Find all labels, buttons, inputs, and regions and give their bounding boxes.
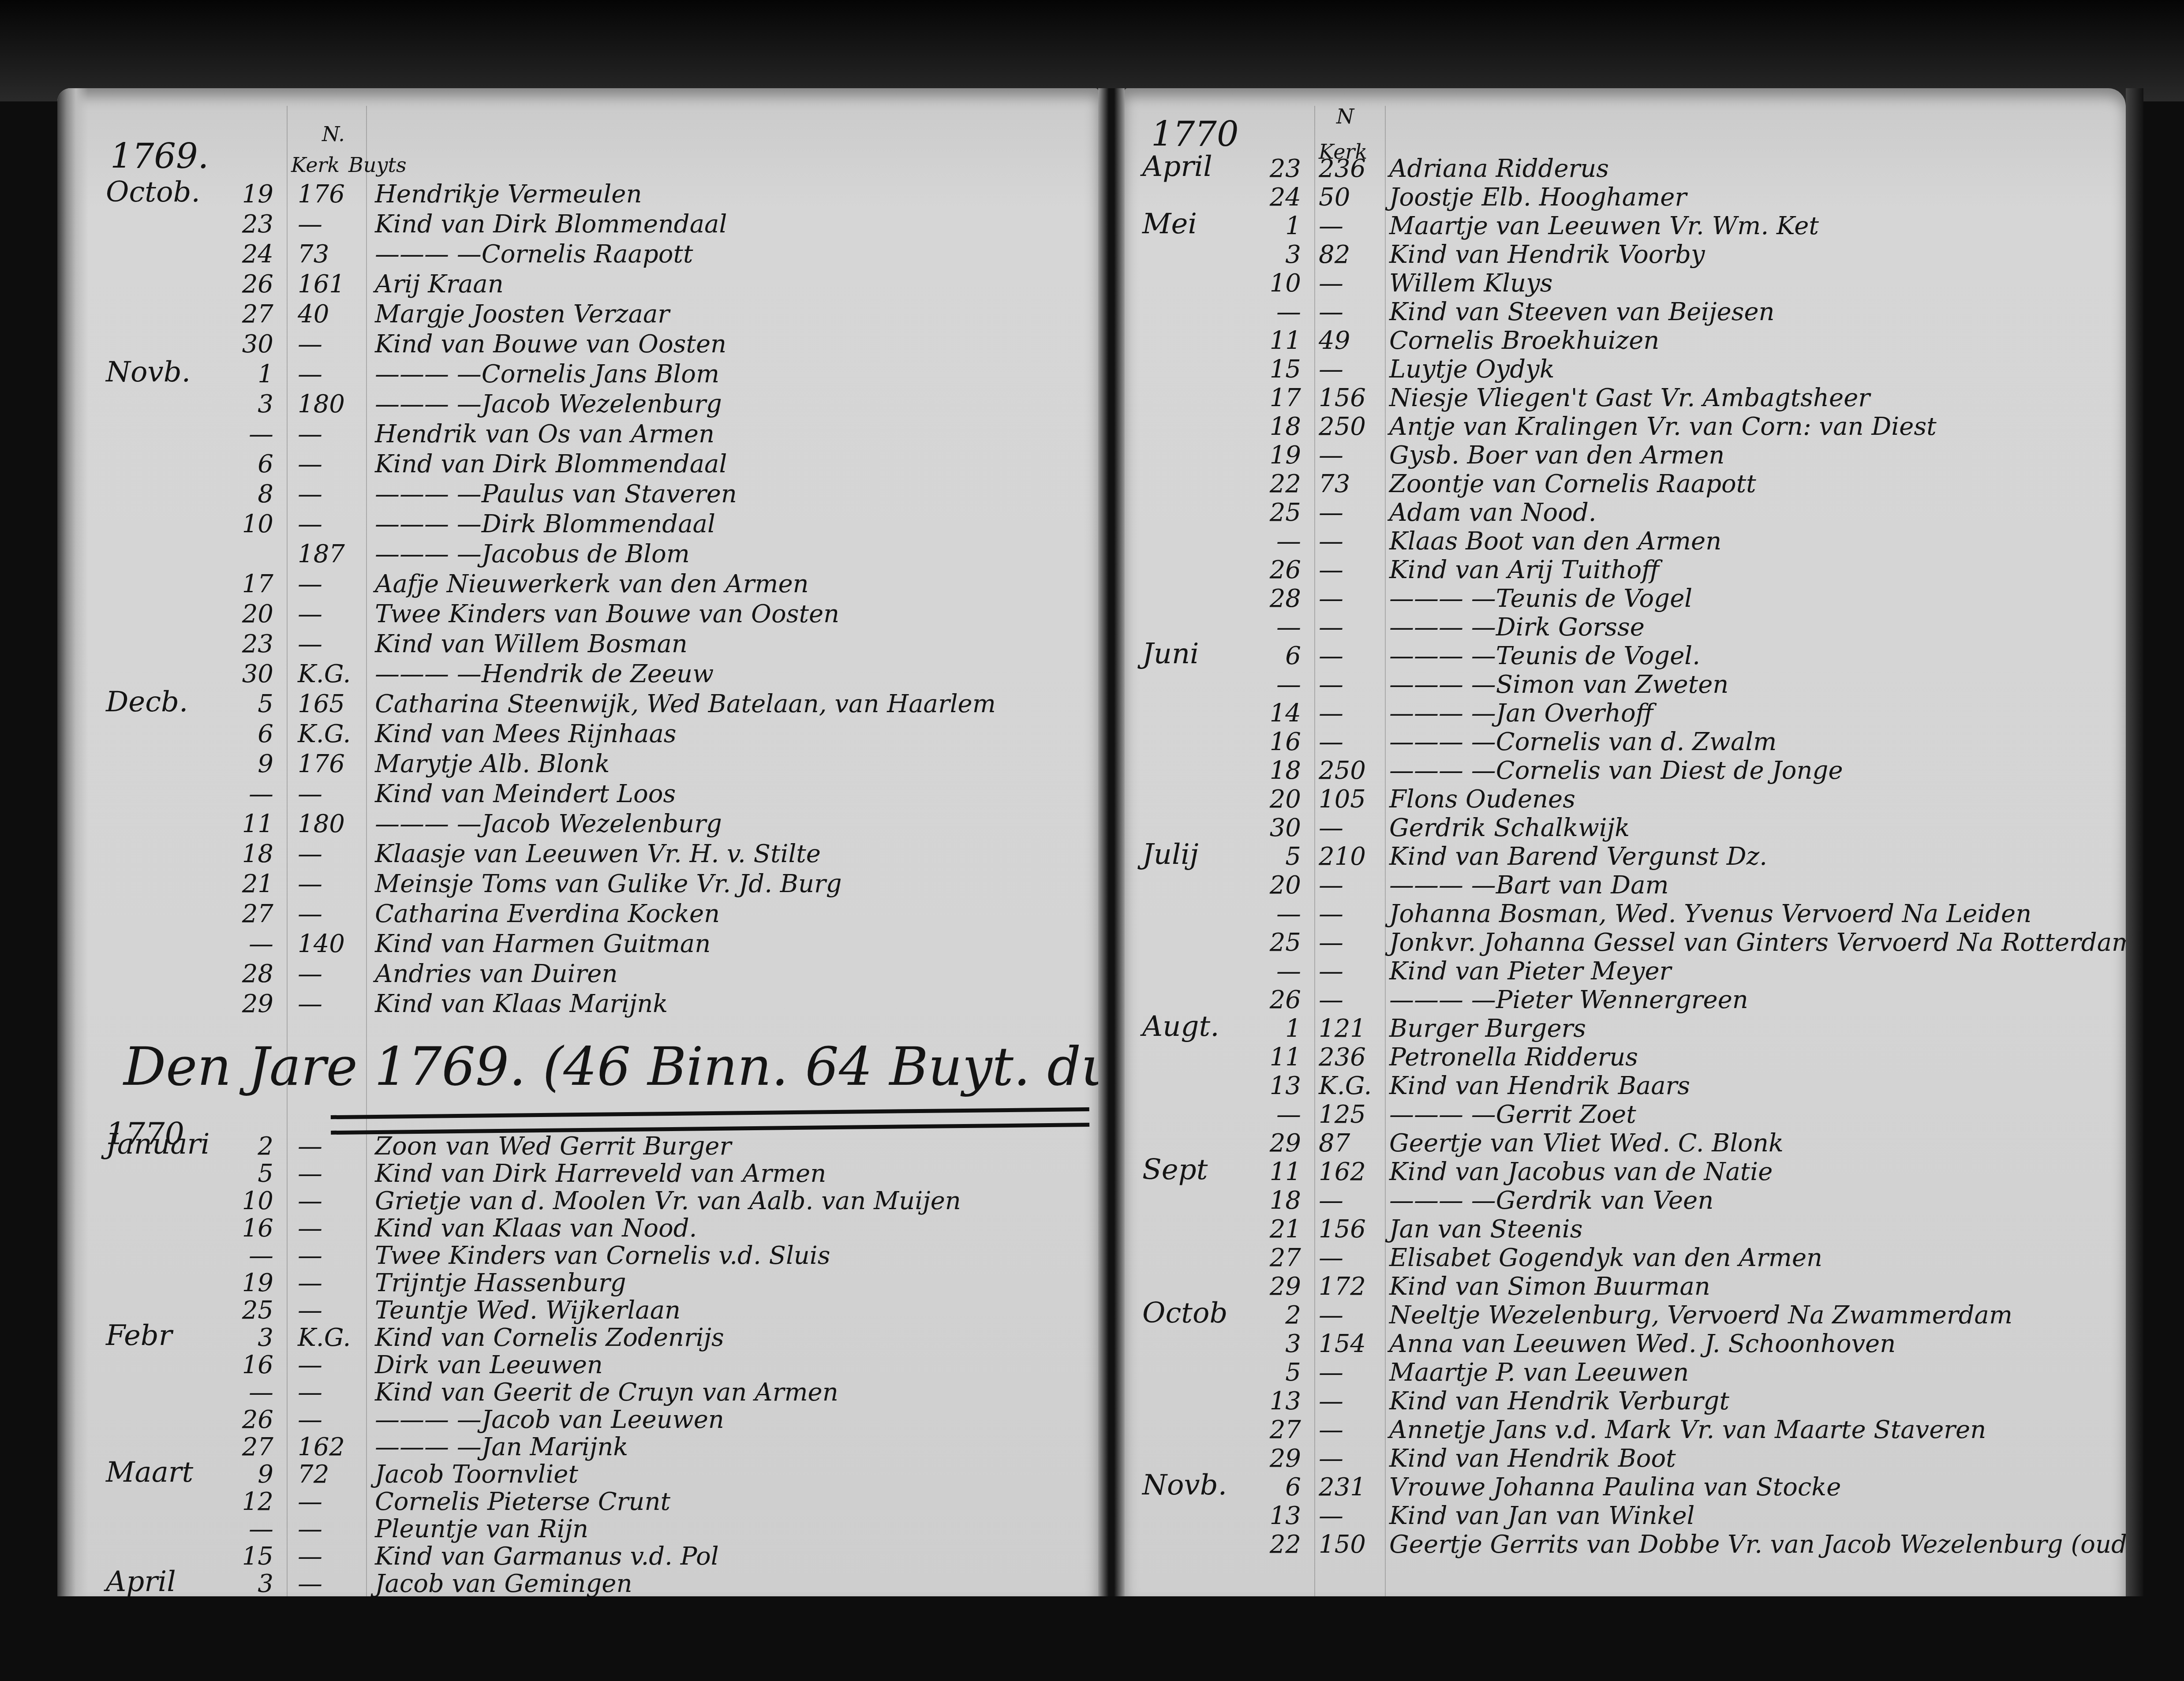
book-gutter [1098,88,1125,1596]
register-entry: Januari2—Zoon van Wed Gerrit Burger [57,1133,1098,1161]
entry-day: 27 [1253,1416,1301,1444]
entry-grave-number: — [298,1569,359,1596]
entry-name: Klaasje van Leeuwen Vr. H. v. Stilte [375,840,821,868]
entry-name: Hendrik van Os van Armen [375,420,714,448]
entry-grave-number: — [298,570,359,598]
register-entry: 20———— —Bart van Dam [1125,871,2126,900]
column-header-buyts: Buyts [348,154,407,176]
entry-name: Andries van Duiren [375,960,617,988]
entry-name: Margje Joosten Verzaar [375,300,669,329]
entry-name: Teuntje Wed. Wijkerlaan [375,1296,681,1325]
entry-day: 2 [225,1132,273,1161]
entry-grave-number: 180 [298,810,359,838]
register-entry: 22150Geertje Gerrits van Dobbe Vr. van J… [1125,1530,2126,1559]
entry-grave-number: 150 [1319,1530,1380,1559]
register-entry: 16—Kind van Klaas van Nood. [57,1215,1098,1243]
register-entry: 14———— —Jan Overhoff [1125,699,2126,728]
entry-grave-number: — [1319,498,1380,527]
entry-day: 17 [1253,384,1301,412]
entry-grave-number: — [1319,670,1380,699]
register-entry: ——Klaas Boot van den Armen [1125,527,2126,556]
entry-name: Maartje P. van Leeuwen [1389,1358,1689,1387]
entry-grave-number: — [1319,556,1380,584]
entry-day: 27 [1253,1244,1301,1272]
entry-day: 30 [225,330,273,359]
register-entry: 26———— —Jacob van Leeuwen [57,1407,1098,1434]
entry-day: — [225,1515,273,1543]
register-entry: April23236Adriana Ridderus [1125,154,2126,183]
entry-name: ——— —Paulus van Staveren [375,480,737,508]
entry-day: 3 [225,390,273,418]
right-page: 1770 N Kerk April23236Adriana Ridderus24… [1125,88,2126,1596]
column-header-number: N [1336,106,1354,127]
entry-grave-number: — [1319,900,1380,928]
entry-day: 26 [225,270,273,299]
register-entry: 2473——— —Cornelis Raapott [57,239,1098,269]
entry-name: Kind van Geerit de Cruyn van Armen [375,1378,838,1407]
register-entry: 19—Gysb. Boer van den Armen [1125,441,2126,470]
entry-grave-number: — [298,1214,359,1243]
register-entry: 382Kind van Hendrik Voorby [1125,240,2126,269]
double-rule-divider [331,1107,1089,1135]
entry-name: Kind van Willem Bosman [375,630,688,658]
entry-name: ——— —Cornelis van Diest de Jonge [1389,756,1843,785]
entry-day: 10 [225,510,273,538]
entry-day: 2 [1253,1301,1301,1330]
register-entry: ——Kind van Meindert Loos [57,778,1098,808]
entry-name: Dirk van Leeuwen [375,1351,603,1379]
entry-grave-number: — [1319,728,1380,756]
register-entry: 30K.G.——— —Hendrik de Zeeuw [57,658,1098,688]
entries-1769: Octob.19176Hendrikje Vermeulen23—Kind va… [57,179,1098,1018]
entry-name: ——— —Dirk Gorsse [1389,613,1645,642]
entry-day: 1 [1253,212,1301,240]
entry-name: Catharina Everdina Kocken [375,900,720,928]
entry-day: 13 [1253,1072,1301,1100]
column-header-kerk: Kerk [291,154,340,176]
entry-day: 10 [1253,269,1301,298]
entry-day: 20 [225,600,273,628]
entry-day: 8 [225,480,273,508]
register-entry: 6K.G.Kind van Mees Rijnhaas [57,718,1098,748]
entry-name: Elisabet Gogendyk van den Armen [1389,1244,1822,1272]
register-entry: Novb.6231Vrouwe Johanna Paulina van Stoc… [1125,1473,2126,1502]
entry-name: Arij Kraan [375,270,504,299]
entry-day: 9 [225,1460,273,1489]
entry-grave-number: 210 [1319,842,1380,871]
entry-name: Jacob Toornvliet [375,1460,578,1489]
entry-name: Jan van Steenis [1389,1215,1582,1244]
entry-name: ——— —Pieter Wennergreen [1389,986,1748,1014]
entry-name: Antje van Kralingen Vr. van Corn: van Di… [1389,412,1937,441]
entry-name: Kind van Garmanus v.d. Pol [375,1542,719,1571]
entry-grave-number: — [298,870,359,898]
entry-grave-number: 154 [1319,1330,1380,1358]
register-entry: 23—Kind van Willem Bosman [57,628,1098,658]
register-entry: ——Twee Kinders van Cornelis v.d. Sluis [57,1243,1098,1270]
entry-day: 13 [1253,1502,1301,1530]
entry-name: ——— —Jacobus de Blom [375,540,690,568]
entry-name: Johanna Bosman, Wed. Yvenus Vervoerd Na … [1389,900,2031,928]
entry-name: Pleuntje van Rijn [375,1515,588,1543]
entry-name: Neeltje Wezelenburg, Vervoerd Na Zwammer… [1389,1301,2012,1330]
entry-day: 22 [1253,1530,1301,1559]
entry-day: 23 [225,630,273,658]
register-entry: 19—Trijntje Hassenburg [57,1270,1098,1297]
register-entry: 25—Adam van Nood. [1125,498,2126,527]
register-entry: Octob.19176Hendrikje Vermeulen [57,179,1098,209]
entry-day: 5 [1253,1358,1301,1387]
entry-grave-number: — [298,420,359,448]
entry-grave-number: — [1319,642,1380,670]
entry-grave-number: — [298,1542,359,1571]
entry-name: Flons Oudenes [1389,785,1575,814]
entry-day: 28 [225,960,273,988]
entry-day: 29 [225,990,273,1018]
register-entry: 8———— —Paulus van Staveren [57,478,1098,508]
entry-grave-number: — [1319,1444,1380,1473]
entry-day: 19 [225,180,273,209]
entry-day: 11 [1253,326,1301,355]
entry-grave-number: — [1319,1387,1380,1416]
register-entry: 13K.G.Kind van Hendrik Baars [1125,1072,2126,1100]
register-entry: Mei1—Maartje van Leeuwen Vr. Wm. Ket [1125,212,2126,240]
entry-name: Kind van Steeven van Beijesen [1389,298,1775,326]
entry-day: 6 [225,720,273,748]
open-ledger: 1769. N. Kerk Buyts Octob.19176Hendrikje… [31,88,2139,1596]
entry-day: 5 [1253,842,1301,871]
entry-name: Burger Burgers [1389,1014,1586,1043]
entry-name: ——— —Bart van Dam [1389,871,1669,900]
register-entry: 6—Kind van Dirk Blommendaal [57,448,1098,478]
entry-name: Kind van Hendrik Baars [1389,1072,1690,1100]
entry-grave-number: 72 [298,1460,359,1489]
entry-day: 19 [1253,441,1301,470]
register-entry: ————— —Simon van Zweten [1125,670,2126,699]
entry-day: 13 [1253,1387,1301,1416]
register-entry: 26161Arij Kraan [57,269,1098,299]
register-entry: 16———— —Cornelis van d. Zwalm [1125,728,2126,756]
entry-grave-number: 231 [1319,1473,1380,1502]
entry-name: Kind van Jacobus van de Natie [1389,1158,1773,1186]
register-entry: 16—Dirk van Leeuwen [57,1352,1098,1379]
entry-grave-number: 176 [298,750,359,778]
entry-day: 11 [1253,1158,1301,1186]
entry-day: 18 [225,840,273,868]
register-entry: 29—Kind van Klaas Marijnk [57,988,1098,1018]
register-entry: ——Kind van Pieter Meyer [1125,957,2126,986]
entry-name: Aafje Nieuwerkerk van den Armen [375,570,809,598]
entry-day: 23 [1253,154,1301,183]
entry-grave-number: 236 [1319,1043,1380,1072]
entry-name: Marytje Alb. Blonk [375,750,610,778]
entry-grave-number: — [1319,527,1380,556]
register-entry: 2273Zoontje van Cornelis Raapott [1125,470,2126,498]
entry-name: Kind van Arij Tuithoff [1389,556,1659,584]
register-entry: 10—Willem Kluys [1125,269,2126,298]
register-entry: April3—Jacob van Gemingen [57,1571,1098,1596]
entry-day: 24 [225,240,273,269]
entry-grave-number: 73 [1319,470,1380,498]
entry-day: 25 [1253,498,1301,527]
register-entry: 12—Cornelis Pieterse Crunt [57,1489,1098,1516]
entry-grave-number: — [1319,212,1380,240]
entry-grave-number: — [298,210,359,239]
entry-day: — [1253,670,1301,699]
entry-day: 21 [225,870,273,898]
entry-day: 27 [225,300,273,329]
entry-grave-number: — [1319,1186,1380,1215]
entry-day: 18 [1253,412,1301,441]
entry-name: Zoon van Wed Gerrit Burger [375,1132,731,1161]
entry-day: 20 [1253,785,1301,814]
register-entry: 3180——— —Jacob Wezelenburg [57,388,1098,418]
entry-grave-number: 125 [1319,1100,1380,1129]
entry-grave-number: — [298,780,359,808]
entry-name: Klaas Boot van den Armen [1389,527,1721,556]
entry-grave-number: 105 [1319,785,1380,814]
year-summary: Den Jare 1769. (46 Binn. 64 Buyt. dus 11… [123,1036,1098,1098]
entry-day: 16 [225,1351,273,1379]
entry-grave-number: — [1319,871,1380,900]
register-entry: 20—Twee Kinders van Bouwe van Oosten [57,598,1098,628]
register-entry: 5—Maartje P. van Leeuwen [1125,1358,2126,1387]
entry-day: 11 [1253,1043,1301,1072]
entry-name: Kind van Pieter Meyer [1389,957,1671,986]
entry-name: Kind van Jan van Winkel [1389,1502,1694,1530]
entry-day: 17 [225,570,273,598]
entries-1770-continued: April23236Adriana Ridderus2450Joostje El… [1125,154,2126,1559]
entry-name: Twee Kinders van Bouwe van Oosten [375,600,839,628]
entry-grave-number: — [1319,814,1380,842]
entry-grave-number: 162 [298,1433,359,1461]
entry-name: ——— —Cornelis Jans Blom [375,360,719,388]
register-entry: 9176Marytje Alb. Blonk [57,748,1098,778]
entry-grave-number: — [298,1296,359,1325]
entry-name: Adam van Nood. [1389,498,1597,527]
entry-grave-number: — [298,510,359,538]
entry-day: 15 [1253,355,1301,384]
entry-day: 9 [225,750,273,778]
register-entry: 2740Margje Joosten Verzaar [57,299,1098,329]
entry-grave-number: 187 [298,540,359,568]
register-entry: Augt.1121Burger Burgers [1125,1014,2126,1043]
entry-name: Kind van Klaas Marijnk [375,990,668,1018]
register-entry: —140Kind van Harmen Guitman [57,928,1098,958]
entry-name: ——— —Jan Overhoff [1389,699,1653,728]
entry-day: 3 [225,1569,273,1596]
entry-grave-number: — [1319,986,1380,1014]
entry-name: Petronella Ridderus [1389,1043,1638,1072]
entry-name: Kind van Dirk Blommendaal [375,210,727,239]
entry-day: — [225,930,273,958]
register-entry: 15—Luytje Oydyk [1125,355,2126,384]
entry-grave-number: — [298,1405,359,1434]
entry-day: 3 [225,1323,273,1352]
entry-grave-number: 162 [1319,1158,1380,1186]
entry-grave-number: 161 [298,270,359,299]
entry-grave-number: — [298,1487,359,1516]
entry-grave-number: K.G. [298,660,359,688]
entry-day: — [225,780,273,808]
entry-name: ——— —Jacob Wezelenburg [375,810,722,838]
register-entry: 27—Catharina Everdina Kocken [57,898,1098,928]
entry-day: 5 [225,690,273,718]
entry-grave-number: 82 [1319,240,1380,269]
entry-day: 10 [225,1187,273,1215]
register-entry: ——Pleuntje van Rijn [57,1516,1098,1543]
entry-name: Zoontje van Cornelis Raapott [1389,470,1756,498]
entry-name: Cornelis Broekhuizen [1389,326,1659,355]
register-entry: ——Kind van Geerit de Cruyn van Armen [57,1379,1098,1407]
entry-day: 16 [225,1214,273,1243]
left-page: 1769. N. Kerk Buyts Octob.19176Hendrikje… [57,88,1098,1596]
entry-name: ——— —Jacob van Leeuwen [375,1405,724,1434]
entry-grave-number: — [298,600,359,628]
entry-name: ——— —Dirk Blommendaal [375,510,715,538]
register-entry: Decb.5165Catharina Steenwijk, Wed Batela… [57,688,1098,718]
entry-grave-number: — [298,630,359,658]
register-entry: 25—Jonkvr. Johanna Gessel van Ginters Ve… [1125,928,2126,957]
entry-grave-number: K.G. [298,1323,359,1352]
register-entry: 13—Kind van Hendrik Verburgt [1125,1387,2126,1416]
entry-day: 1 [225,360,273,388]
entry-grave-number: 87 [1319,1129,1380,1158]
register-entry: ——Johanna Bosman, Wed. Yvenus Vervoerd N… [1125,900,2126,928]
entry-grave-number: 180 [298,390,359,418]
entry-grave-number: — [1319,699,1380,728]
register-entry: 187——— —Jacobus de Blom [57,538,1098,568]
entry-day: 5 [225,1159,273,1188]
entry-grave-number: — [298,900,359,928]
column-header-number: N. [322,123,345,145]
register-entry: 30—Kind van Bouwe van Oosten [57,329,1098,359]
entry-day: — [225,1241,273,1270]
entry-day: 16 [1253,728,1301,756]
register-entry: 3154Anna van Leeuwen Wed. J. Schoonhoven [1125,1330,2126,1358]
entry-day: — [225,420,273,448]
entry-name: ——— —Teunis de Vogel. [1389,642,1700,670]
entry-name: Annetje Jans v.d. Mark Vr. van Maarte St… [1389,1416,1986,1444]
entry-name: Kind van Dirk Harreveld van Armen [375,1159,826,1188]
register-entry: 21—Meinsje Toms van Gulike Vr. Jd. Burg [57,868,1098,898]
entry-name: ——— —Hendrik de Zeeuw [375,660,714,688]
entry-name: Vrouwe Johanna Paulina van Stocke [1389,1473,1841,1502]
entry-name: ——— —Jacob Wezelenburg [375,390,722,418]
entry-name: Anna van Leeuwen Wed. J. Schoonhoven [1389,1330,1896,1358]
entry-day: 20 [1253,871,1301,900]
entry-grave-number: — [298,1269,359,1297]
entry-name: Willem Kluys [1389,269,1553,298]
entry-day: 23 [225,210,273,239]
entry-name: Kind van Simon Buurman [1389,1272,1710,1301]
entry-name: Kind van Bouwe van Oosten [375,330,726,359]
entry-name: ——— —Simon van Zweten [1389,670,1728,699]
entry-name: Gerdrik Schalkwijk [1389,814,1630,842]
entry-name: Geertje Gerrits van Dobbe Vr. van Jacob … [1389,1530,2126,1559]
entry-day: 6 [1253,1473,1301,1502]
entry-name: Meinsje Toms van Gulike Vr. Jd. Burg [375,870,842,898]
register-entry: 26—Kind van Arij Tuithoff [1125,556,2126,584]
entry-grave-number: — [1319,1301,1380,1330]
entry-day: 18 [1253,1186,1301,1215]
entry-grave-number: — [298,450,359,478]
register-entry: 23—Kind van Dirk Blommendaal [57,209,1098,239]
entry-day: — [1253,527,1301,556]
register-entry: 10—Grietje van d. Moolen Vr. van Aalb. v… [57,1188,1098,1215]
entry-grave-number: — [1319,1502,1380,1530]
register-entry: 28———— —Teunis de Vogel [1125,584,2126,613]
entry-grave-number: 49 [1319,326,1380,355]
register-entry: 1149Cornelis Broekhuizen [1125,326,2126,355]
register-entry: 27—Annetje Jans v.d. Mark Vr. van Maarte… [1125,1416,2126,1444]
entry-grave-number: — [1319,1358,1380,1387]
entry-name: Luytje Oydyk [1389,355,1555,384]
entry-grave-number: — [298,990,359,1018]
entry-day: 26 [225,1405,273,1434]
entry-day: — [1253,298,1301,326]
register-entry: Maart972Jacob Toornvliet [57,1461,1098,1489]
register-entry: 10———— —Dirk Blommendaal [57,508,1098,538]
entry-name: Geertje van Vliet Wed. C. Blonk [1389,1129,1784,1158]
register-entry: 21156Jan van Steenis [1125,1215,2126,1244]
register-entry: 13—Kind van Jan van Winkel [1125,1502,2126,1530]
entry-day: 14 [1253,699,1301,728]
register-entry: 18250——— —Cornelis van Diest de Jonge [1125,756,2126,785]
entry-name: Kind van Hendrik Verburgt [1389,1387,1729,1416]
entry-name: ——— —Gerdrik van Veen [1389,1186,1713,1215]
register-entry: Octob2—Neeltje Wezelenburg, Vervoerd Na … [1125,1301,2126,1330]
register-entry: 17156Niesje Vliegen't Gast Vr. Ambagtshe… [1125,384,2126,412]
register-entry: Novb.1———— —Cornelis Jans Blom [57,359,1098,388]
entry-grave-number: — [298,330,359,359]
entry-grave-number: 236 [1319,154,1380,183]
entry-grave-number: — [1319,957,1380,986]
register-entry: 11236Petronella Ridderus [1125,1043,2126,1072]
entry-name: Kind van Barend Vergunst Dz. [1389,842,1767,871]
register-entry: Julij5210Kind van Barend Vergunst Dz. [1125,842,2126,871]
entry-name: Hendrikje Vermeulen [375,180,642,209]
entry-grave-number: — [298,360,359,388]
entry-day: 27 [225,900,273,928]
entry-name: Kind van Meindert Loos [375,780,676,808]
entry-name: ——— —Cornelis van d. Zwalm [1389,728,1776,756]
entry-grave-number: 50 [1319,183,1380,212]
entry-grave-number: 172 [1319,1272,1380,1301]
entry-name: Jacob van Gemingen [375,1569,632,1596]
entry-name: Kind van Dirk Blommendaal [375,450,727,478]
entry-day: 28 [1253,584,1301,613]
register-entry: 5—Kind van Dirk Harreveld van Armen [57,1161,1098,1188]
entry-day: 6 [1253,642,1301,670]
entry-grave-number: — [298,1515,359,1543]
register-entry: 17—Aafje Nieuwerkerk van den Armen [57,568,1098,598]
register-entry: 18—Klaasje van Leeuwen Vr. H. v. Stilte [57,838,1098,868]
scan-background [0,0,2184,101]
entry-name: Trijntje Hassenburg [375,1269,626,1297]
register-entry: ——Kind van Steeven van Beijesen [1125,298,2126,326]
entry-day: 22 [1253,470,1301,498]
entry-grave-number: — [1319,355,1380,384]
register-entry: 20105Flons Oudenes [1125,785,2126,814]
entry-name: Kind van Hendrik Voorby [1389,240,1705,269]
year-heading: 1770 [1151,115,1239,154]
entry-grave-number: — [298,1351,359,1379]
entry-name: ——— —Teunis de Vogel [1389,584,1692,613]
entry-grave-number: 73 [298,240,359,269]
entry-name: Joostje Elb. Hooghamer [1389,183,1687,212]
entry-day: — [225,1378,273,1407]
